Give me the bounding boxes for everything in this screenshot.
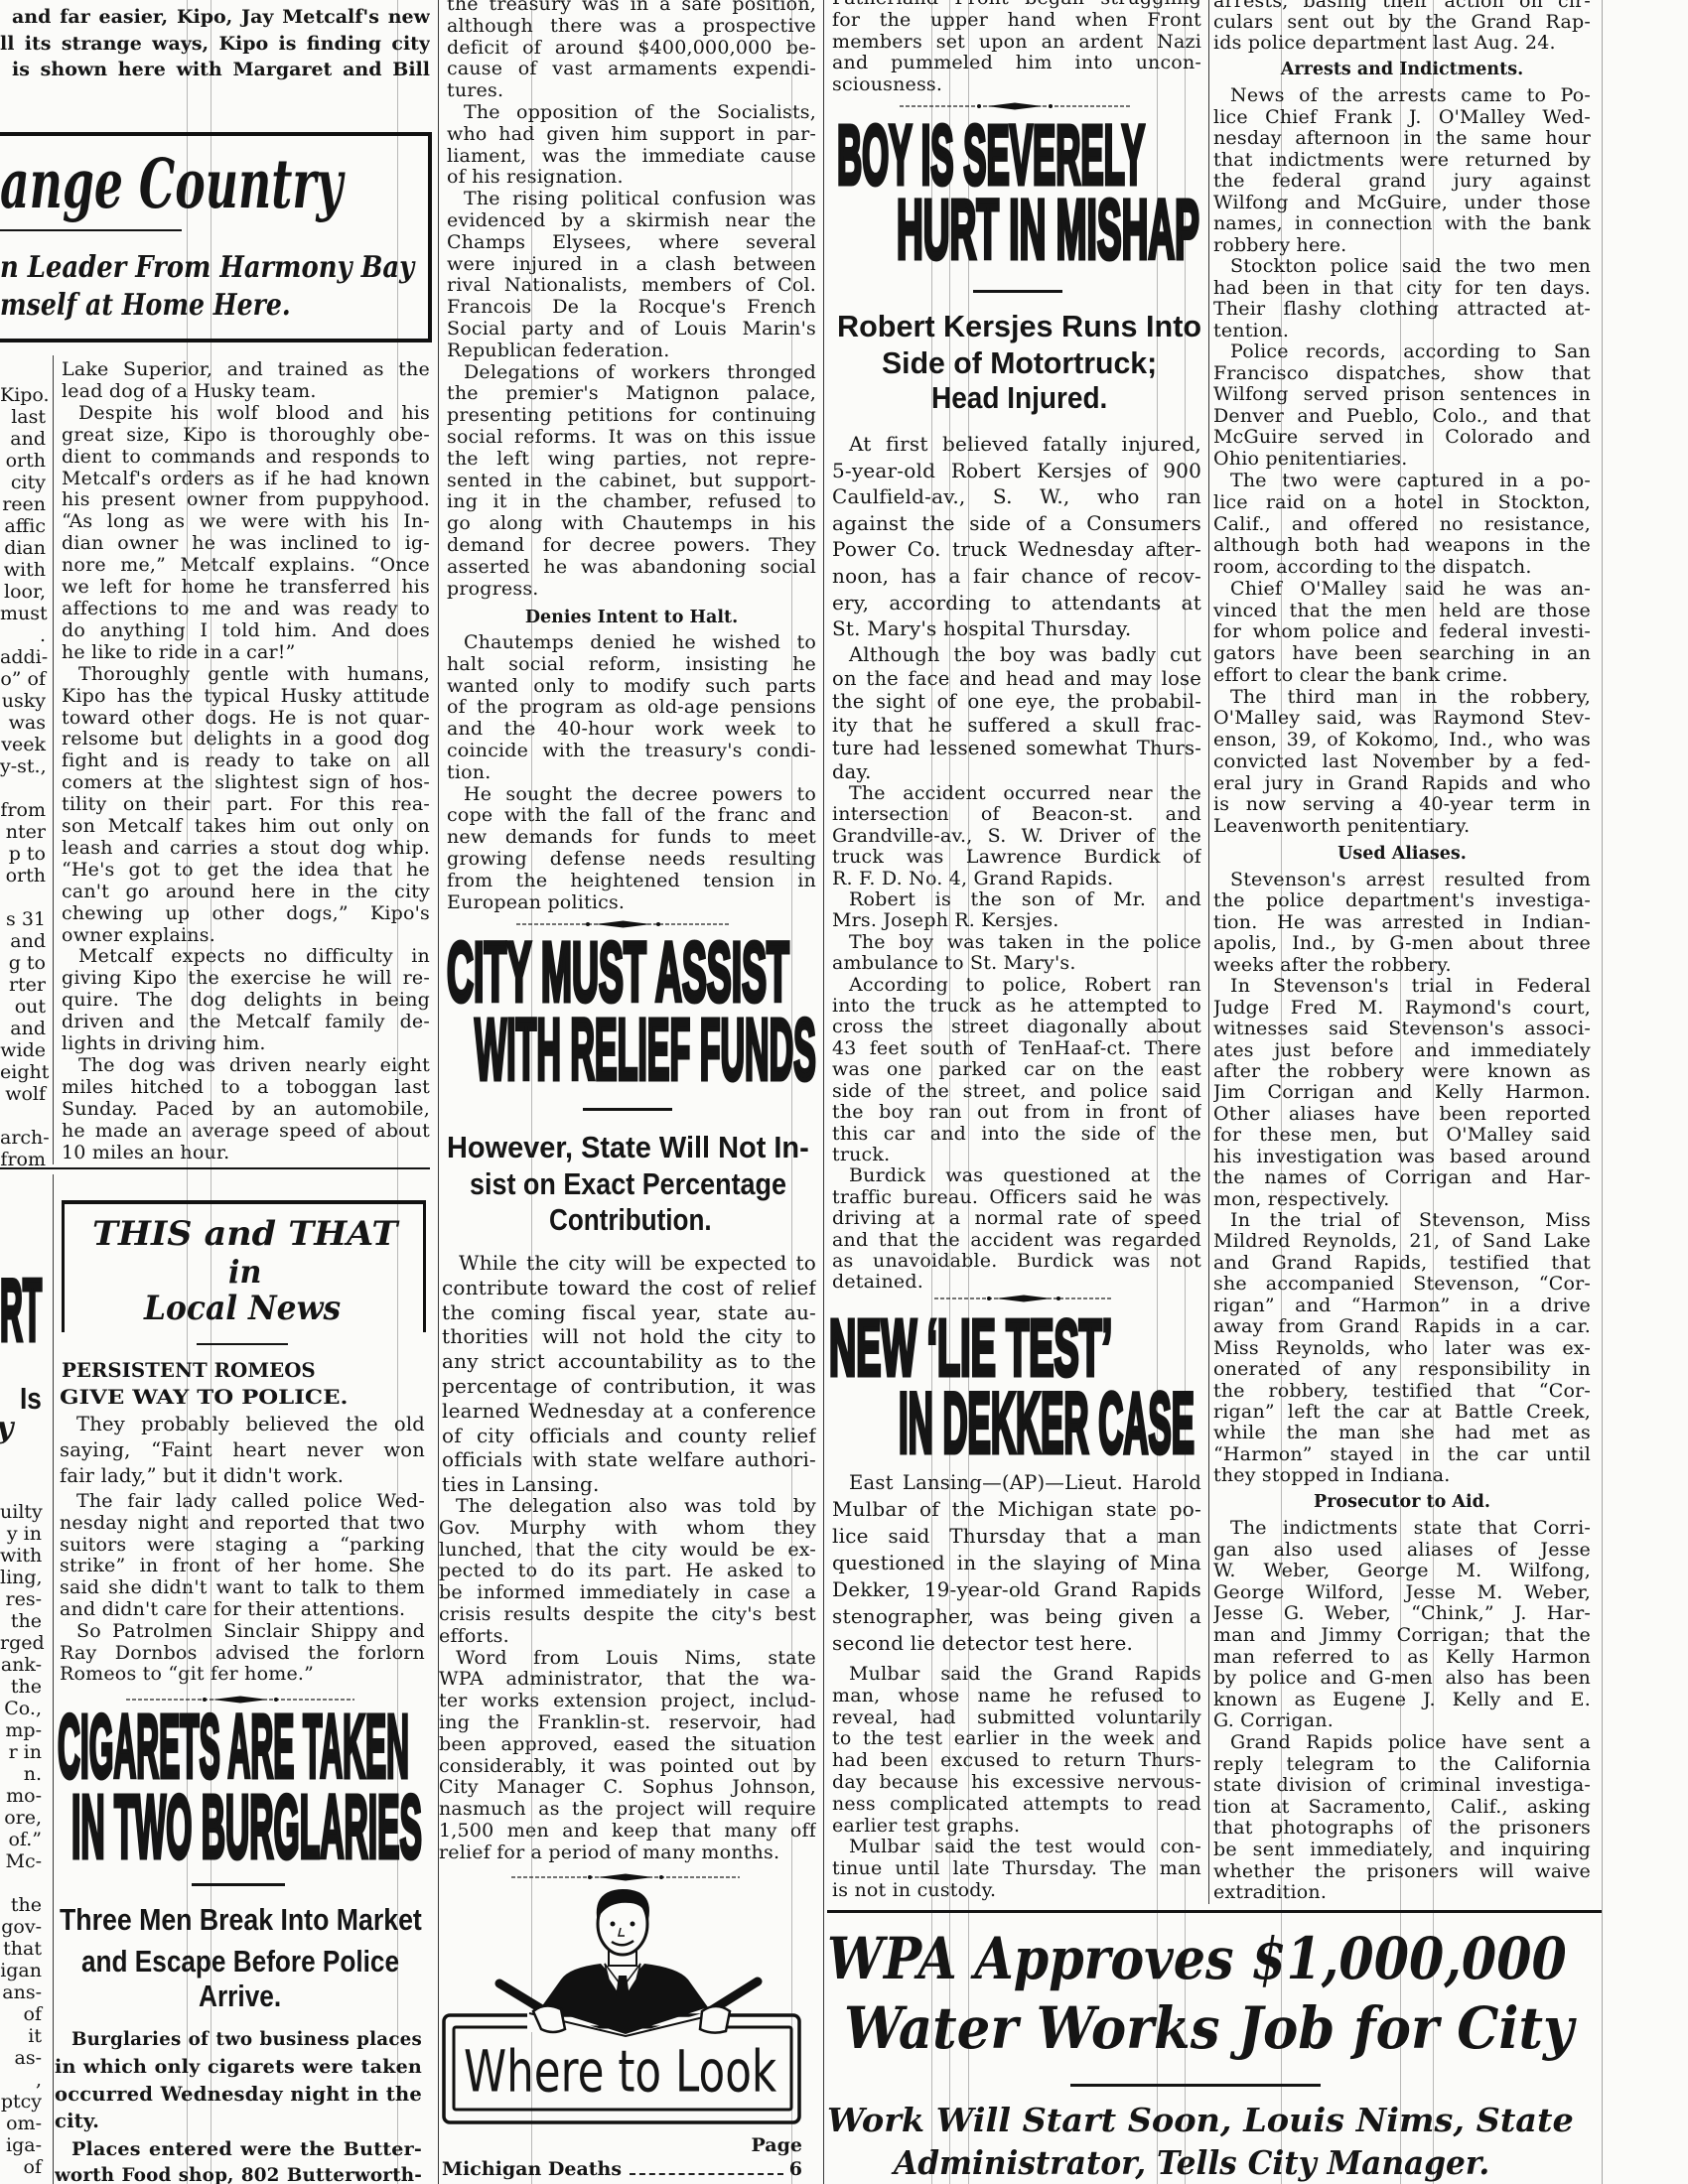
text-line: of city officials and county relief bbox=[442, 1424, 816, 1448]
text-line: Robert is the son of Mr. and bbox=[832, 889, 1201, 910]
deck-line: and Escape Before Police bbox=[81, 1946, 399, 1977]
fragment-line: of.” bbox=[0, 1829, 42, 1850]
text-line: demand for decree powers. They bbox=[447, 535, 816, 557]
text-line: members set upon an ardent Nazi bbox=[832, 32, 1201, 54]
deck-line: Robert Kersjes Runs Into bbox=[837, 311, 1201, 341]
fragment-line: orth bbox=[0, 450, 46, 472]
text-line: we left for home he transferred his bbox=[62, 577, 430, 599]
text-line: side of the street, and police said bbox=[832, 1081, 1201, 1102]
text-line: culars sent out by the Grand Rap- bbox=[1213, 12, 1591, 33]
text-line: Mulbar said the Grand Rapids bbox=[832, 1664, 1201, 1686]
column-rule bbox=[53, 1174, 54, 2184]
text-line: ates just before and immediately bbox=[1213, 1040, 1591, 1061]
caption-line: is shown here with Margaret and Bill bbox=[0, 57, 430, 83]
text-line: do anything I told him. And does bbox=[62, 620, 430, 642]
text-line: of the program as old-age pensions bbox=[447, 697, 816, 719]
deck-line: Work Will Start Soon, Louis Nims, State bbox=[827, 2104, 1574, 2136]
text-line: Other aliases have been reported bbox=[1213, 1104, 1591, 1125]
text-line: he like to ride in a car!” bbox=[62, 642, 430, 664]
fragment-line: uilty bbox=[0, 1501, 42, 1523]
headline-line: WITH RELIEF FUNDS bbox=[475, 1007, 816, 1093]
text-line: and that the accident was regarded bbox=[832, 1230, 1201, 1251]
fragment-column-upper: Kipo.lastandorthcityreenafficdianwithloo… bbox=[0, 384, 46, 1170]
text-line: growing defense needs resulting bbox=[447, 849, 816, 871]
headline-line: WPA Approves $1,000,000 bbox=[827, 1930, 1567, 1987]
fragment-line: of bbox=[0, 2156, 42, 2178]
subheadline-line: n Leader From Harmony Bay bbox=[0, 253, 414, 283]
item-headline: GIVE WAY TO POLICE. bbox=[60, 1387, 348, 1407]
text-line: truck was Lawrence Burdick of bbox=[832, 847, 1201, 868]
text-line: Sunday. Paced by an automobile, bbox=[62, 1099, 430, 1121]
index-entry: Michigan Deaths 6 bbox=[442, 2160, 802, 2179]
fragment-line: g to bbox=[0, 952, 46, 974]
text-line: into the truck as he attempted to bbox=[832, 996, 1201, 1017]
text-line: of his resignation. bbox=[447, 167, 816, 189]
article-body-lead: East Lansing—(AP)—Lieut. HaroldMulbar of… bbox=[832, 1469, 1201, 1657]
text-line: Francois De la Rocque's French bbox=[447, 297, 816, 319]
fragment-line: must bbox=[0, 603, 46, 624]
text-line: the robbery, testified that “Cor- bbox=[1213, 1381, 1591, 1402]
text-line: been approved, eased the situation bbox=[439, 1734, 816, 1756]
text-line: vinced that the men held are those bbox=[1213, 601, 1591, 622]
headline-fragment-medium: Is bbox=[20, 1383, 42, 1414]
text-line: So Patrolmen Sinclair Shippy and bbox=[60, 1621, 425, 1643]
fragment-line: . bbox=[0, 624, 46, 646]
text-line: owner explains. bbox=[62, 925, 430, 947]
article-subhead: Used Aliases. bbox=[1213, 843, 1591, 865]
column-rule bbox=[1602, 0, 1603, 2184]
text-line: sented in the cabinet, but support- bbox=[447, 471, 816, 492]
fragment-line: Co., bbox=[0, 1698, 42, 1719]
text-line: against the side of a Consumers bbox=[832, 510, 1201, 537]
text-line: rival Nationalists, members of Col. bbox=[447, 275, 816, 297]
fragment-line: that bbox=[0, 1938, 42, 1960]
banner-top-rule bbox=[827, 1910, 1602, 1913]
fragment-line: out bbox=[0, 996, 46, 1018]
text-line: occurred Wednesday night in the bbox=[55, 2081, 422, 2108]
fragment-line: Mc- bbox=[0, 1850, 42, 1872]
text-line: Wilfong and McGuire, under those bbox=[1213, 193, 1591, 214]
text-line: the federal grand jury against bbox=[1213, 171, 1591, 193]
fragment-line: rged bbox=[0, 1632, 42, 1654]
fragment-line: p to bbox=[0, 843, 46, 865]
fragment-line: Kipo. bbox=[0, 384, 46, 406]
fragment-line: as- bbox=[0, 2047, 42, 2069]
text-line: and Grand Rapids, testified that bbox=[1213, 1253, 1591, 1274]
text-line: social reforms. It was on this issue bbox=[447, 427, 816, 449]
text-line: day. bbox=[832, 760, 1201, 784]
fragment-line: loor, bbox=[0, 581, 46, 603]
fragment-column-lower: uiltyy inwithling,res-thergedank-theCo.,… bbox=[0, 1501, 42, 2178]
text-line: the sight of one eye, the probabil- bbox=[832, 690, 1201, 714]
fragment-line: om- bbox=[0, 2113, 42, 2134]
headline-rule bbox=[583, 1108, 672, 1111]
text-line: while the man she had met as bbox=[1213, 1423, 1591, 1443]
text-line: reply telegram to the California bbox=[1213, 1754, 1591, 1776]
text-line: traffic bureau. Officers said he was bbox=[832, 1187, 1201, 1208]
fragment-line: it bbox=[0, 2025, 42, 2047]
text-line: ity that he suffered a skull frac- bbox=[832, 714, 1201, 738]
text-line: cross the street diagonally about bbox=[832, 1017, 1201, 1037]
column-rule bbox=[53, 355, 54, 1164]
fragment-line bbox=[0, 887, 46, 908]
text-line: He sought the decree powers to bbox=[447, 784, 816, 806]
text-line: Metcalf expects no difficulty in bbox=[62, 946, 430, 968]
text-line: Dekker, 19-year-old Grand Rapids bbox=[832, 1576, 1201, 1603]
text-line: any strict accountability as to the bbox=[442, 1349, 816, 1374]
text-line: liament, was the immediate cause bbox=[447, 146, 816, 168]
text-line: According to police, Robert ran bbox=[832, 975, 1201, 996]
text-line: R. F. D. No. 4, Grand Rapids. bbox=[832, 869, 1201, 889]
text-line: convicted last November by a fed- bbox=[1213, 751, 1591, 773]
text-line: on the face and head and may lose bbox=[832, 667, 1201, 691]
fragment-line: last bbox=[0, 406, 46, 428]
index-entry-label: Michigan Deaths bbox=[442, 2160, 622, 2179]
text-line: Denver and Pueblo, Colo., and that bbox=[1213, 406, 1591, 428]
deck-line: sist on Exact Percentage bbox=[470, 1168, 786, 1199]
text-line: gan also used aliases of Jesse bbox=[1213, 1540, 1591, 1562]
index-page-header: Page bbox=[442, 2136, 802, 2155]
text-line: he made an average speed of about bbox=[62, 1121, 430, 1143]
text-line: Fatherland Front began struggling bbox=[832, 0, 1201, 10]
text-line: suitors were staging a “parking bbox=[60, 1535, 425, 1557]
text-line: Power Co. truck Wednesday after- bbox=[832, 536, 1201, 563]
text-line: that indictments were returned by bbox=[1213, 150, 1591, 172]
text-line: ness complicated attempts to read bbox=[832, 1794, 1201, 1816]
fragment-line: o” of bbox=[0, 668, 46, 690]
text-line: witnesses said Stevenson's associ- bbox=[1213, 1019, 1591, 1039]
text-line: coincide with the treasury's condi- bbox=[447, 741, 816, 762]
text-line: truck. bbox=[832, 1145, 1201, 1165]
text-line: is now serving a 40-year term in bbox=[1213, 794, 1591, 816]
article-body: The accident occurred near theintersecti… bbox=[832, 783, 1201, 1294]
text-line: relief for a period of many months. bbox=[439, 1843, 816, 1864]
fragment-line: orth bbox=[0, 865, 46, 887]
text-line: 1,500 men and keep that many off bbox=[439, 1821, 816, 1843]
text-line: ing the Franklin-st. reservoir, had bbox=[439, 1712, 816, 1734]
text-line: ter works extension project, includ- bbox=[439, 1691, 816, 1712]
text-line: ambulance to St. Mary's. bbox=[832, 953, 1201, 974]
text-line: tion. bbox=[447, 762, 816, 784]
deck-line: Contribution. bbox=[549, 1204, 712, 1235]
text-line: man referred to as Kelly Harmon bbox=[1213, 1647, 1591, 1669]
text-line: who had given him support in par- bbox=[447, 124, 816, 146]
text-line: relsome but delights in a good dog bbox=[62, 729, 430, 751]
text-line: as unavoidable. Burdick was not bbox=[832, 1251, 1201, 1272]
text-line: The fair lady called police Wed- bbox=[60, 1491, 425, 1513]
fragment-line: nter bbox=[0, 821, 46, 843]
text-line: and the 40-hour work week to bbox=[447, 719, 816, 741]
text-line: East Lansing—(AP)—Lieut. Harold bbox=[832, 1469, 1201, 1496]
text-line: George Wilford, Jesse M. Weber, bbox=[1213, 1582, 1591, 1604]
text-line: gators have been searching in an bbox=[1213, 643, 1591, 665]
text-line: she accompanied Stevenson, “Cor- bbox=[1213, 1274, 1591, 1295]
text-line: 10 miles an hour. bbox=[62, 1143, 430, 1164]
text-line: effort to clear the bank crime. bbox=[1213, 665, 1591, 687]
diamond-rule bbox=[511, 1872, 740, 1882]
text-line: Jesse G. Weber, “Chink,” J. Har- bbox=[1213, 1603, 1591, 1625]
text-line: News of the arrests came to Po- bbox=[1213, 85, 1591, 107]
text-line: onerated of any responsibility in bbox=[1213, 1359, 1591, 1380]
headline-fragment-large: RT bbox=[0, 1267, 42, 1354]
text-line: Wilfong served prison sentences in bbox=[1213, 384, 1591, 406]
text-line: quire. The dog delights in being bbox=[62, 990, 430, 1012]
text-line: Burglaries of two business places bbox=[55, 2026, 422, 2053]
text-line: detained. bbox=[832, 1272, 1201, 1293]
column-rule bbox=[1208, 0, 1209, 1904]
text-line: eral jury in Grand Rapids and who bbox=[1213, 773, 1591, 795]
column-title: Local News bbox=[144, 1292, 341, 1325]
text-line: progress. bbox=[447, 579, 816, 601]
article-subhead: Prosecutor to Aid. bbox=[1213, 1491, 1591, 1513]
text-line: man and Jimmy Corrigan; that the bbox=[1213, 1625, 1591, 1647]
text-line: whether the prisoners will waive bbox=[1213, 1861, 1591, 1883]
text-line: tion at Sacramento, Calif., asking bbox=[1213, 1797, 1591, 1819]
text-line: lead dog of a Husky team. bbox=[62, 381, 430, 403]
fragment-line: affic bbox=[0, 515, 46, 537]
fragment-line: mp- bbox=[0, 1719, 42, 1741]
text-line: City Manager C. Sophus Johnson, bbox=[439, 1777, 816, 1799]
text-line: Gov. Murphy with whom they bbox=[439, 1518, 816, 1540]
text-line: and didn't care for their attentions. bbox=[60, 1599, 425, 1621]
text-line: the treasury was in a safe position, bbox=[447, 0, 816, 16]
headline-rule bbox=[192, 1883, 285, 1886]
text-line: efforts. bbox=[439, 1626, 816, 1648]
text-line: be sent immediately, and inquiring bbox=[1213, 1840, 1591, 1861]
text-line: The opposition of the Socialists, bbox=[447, 102, 816, 124]
article-subhead: Denies Intent to Halt. bbox=[447, 607, 816, 628]
text-line: Caulfield-av., S. W., who ran bbox=[832, 483, 1201, 510]
text-line: the names of Corrigan and Har- bbox=[1213, 1167, 1591, 1188]
text-line: known as Eugene J. Kelly and E. bbox=[1213, 1690, 1591, 1711]
article-body: arrests, basing their action on cir-cula… bbox=[1213, 0, 1591, 54]
text-line: McGuire served in Colorado and bbox=[1213, 427, 1591, 449]
article-body: The two were captured in a po-lice raid … bbox=[1213, 471, 1591, 838]
text-line: Grand Rapids police have sent a bbox=[1213, 1732, 1591, 1754]
fragment-line: and bbox=[0, 428, 46, 450]
deck-line: Three Men Break Into Market bbox=[60, 1904, 422, 1935]
text-line: by police and G-men also has been bbox=[1213, 1668, 1591, 1690]
fragment-line: wolf bbox=[0, 1083, 46, 1105]
article-body: Stevenson's arrest resulted fromthe poli… bbox=[1213, 870, 1591, 1487]
headline-line: IN DEKKER CASE bbox=[899, 1381, 1195, 1466]
fragment-line bbox=[0, 1105, 46, 1127]
text-line: although both had weapons in the bbox=[1213, 535, 1591, 557]
fragment-line: wide bbox=[0, 1039, 46, 1061]
deck-line: Side of Motortruck; bbox=[882, 347, 1157, 378]
text-line: considerably, it was pointed out by bbox=[439, 1756, 816, 1778]
headline-rule bbox=[0, 229, 182, 231]
text-line: In the trial of Stevenson, Miss bbox=[1213, 1210, 1591, 1231]
text-line: rigan” and “Harmon” in a drive bbox=[1213, 1296, 1591, 1316]
subheadline-line: mself at Home Here. bbox=[0, 291, 291, 321]
fragment-line: iga- bbox=[0, 2134, 42, 2156]
text-line: strike” in front of her home. She bbox=[60, 1556, 425, 1577]
text-line: for the upper hand when Front bbox=[832, 10, 1201, 32]
text-line: away from Grand Rapids in a car. bbox=[1213, 1316, 1591, 1337]
fragment-line: with bbox=[0, 559, 46, 581]
text-line: contribute toward the cost of relief bbox=[442, 1276, 816, 1300]
text-line: Kipo has the typical Husky attitude bbox=[62, 686, 430, 708]
text-line: that photographs of the prisoners bbox=[1213, 1818, 1591, 1840]
headline-rule bbox=[973, 290, 1062, 293]
text-line: The accident occurred near the bbox=[832, 783, 1201, 804]
text-line: chewing up other dogs,” Kipo's bbox=[62, 903, 430, 925]
text-line: WPA administrator, that the wa- bbox=[439, 1669, 816, 1691]
photo-caption: and far easier, Kipo, Jay Metcalf's new … bbox=[0, 4, 430, 83]
text-line: had been excused to return Thurs- bbox=[832, 1750, 1201, 1772]
text-line: affections to me and was ready to bbox=[62, 599, 430, 620]
text-line: tility on their part. For this rea- bbox=[62, 794, 430, 816]
text-line: Police records, according to San bbox=[1213, 341, 1591, 363]
text-line: said she didn't want to talk to them bbox=[60, 1577, 425, 1599]
text-line: lice Chief Frank J. O'Malley Wed- bbox=[1213, 107, 1591, 129]
text-line: They probably believed the old bbox=[60, 1412, 425, 1437]
text-line: from the heightened tension in bbox=[447, 871, 816, 892]
text-line: names, in connection with the bank bbox=[1213, 213, 1591, 235]
text-line: great size, Kipo is thoroughly obe- bbox=[62, 425, 430, 447]
text-line: O'Malley said, was Raymond Stev- bbox=[1213, 708, 1591, 730]
text-line: new demands for funds to meet bbox=[447, 827, 816, 849]
headline-fragment-small: y bbox=[0, 1414, 13, 1443]
text-line: was one parked car on the east bbox=[832, 1059, 1201, 1080]
text-line: the boy ran out from in front of bbox=[832, 1102, 1201, 1123]
text-line: driven and the Metcalf family de- bbox=[62, 1012, 430, 1033]
text-line: saying, “Faint heart never won bbox=[60, 1437, 425, 1463]
text-line: Burdick was questioned at the bbox=[832, 1165, 1201, 1186]
text-line: toward other dogs. He is not quar- bbox=[62, 708, 430, 730]
dotted-leader bbox=[630, 2173, 783, 2175]
text-line: dian owner he was inclined to ig- bbox=[62, 533, 430, 555]
article-body: Mulbar said the Grand Rapidsman, whose n… bbox=[832, 1664, 1201, 1902]
fragment-line: ling, bbox=[0, 1567, 42, 1588]
text-line: lights in driving him. bbox=[62, 1033, 430, 1055]
text-line: reveal, had submitted voluntarily bbox=[832, 1707, 1201, 1729]
text-line: Romeos to “git fer home.” bbox=[60, 1664, 425, 1686]
text-line: apolis, Ind., by G-men about three bbox=[1213, 933, 1591, 954]
text-line: extradition. bbox=[1213, 1882, 1591, 1904]
text-line: St. Mary's hospital Thursday. bbox=[832, 615, 1201, 642]
text-line: ties in Lansing. bbox=[442, 1472, 816, 1497]
text-line: be informed immediately in case a bbox=[439, 1582, 816, 1604]
text-line: lunched, that the city would be ex- bbox=[439, 1540, 816, 1562]
column-title: in bbox=[228, 1256, 261, 1288]
text-line: presenting petitions for continuing bbox=[447, 405, 816, 427]
newspaper-page: Kipo.lastandorthcityreenafficdianwithloo… bbox=[0, 0, 1688, 2184]
text-line: Champs Elysees, where several bbox=[447, 232, 816, 254]
text-line: comers at the slightest sign of hos- bbox=[62, 772, 430, 794]
text-line: after the robbery were known as bbox=[1213, 1061, 1591, 1082]
text-line: rigan” left the car at Battle Creek, bbox=[1213, 1402, 1591, 1423]
section-rule bbox=[0, 1167, 430, 1169]
text-line: The indictments state that Corri- bbox=[1213, 1518, 1591, 1540]
text-line: for these men, but O'Malley said bbox=[1213, 1125, 1591, 1146]
fragment-line: ans- bbox=[0, 1981, 42, 2003]
text-line: W. Weber, George M. Wilfong, bbox=[1213, 1561, 1591, 1582]
text-line: fair lady,” but it didn't work. bbox=[60, 1463, 425, 1489]
fragment-line: was bbox=[0, 712, 46, 734]
text-line: city. bbox=[55, 2108, 422, 2134]
text-line: ery, according to attendants at bbox=[832, 590, 1201, 616]
deck-line: Arrive. bbox=[199, 1980, 281, 2011]
deck-line: Head Injured. bbox=[931, 382, 1107, 413]
text-line: sciousness. bbox=[832, 74, 1201, 96]
text-line: “Harmon” stayed in the car until bbox=[1213, 1444, 1591, 1465]
text-line: intersection of Beacon-st. and bbox=[832, 804, 1201, 825]
text-line: the left wing parties, not repre- bbox=[447, 449, 816, 471]
column-rule bbox=[823, 0, 824, 2184]
text-line: robbery here. bbox=[1213, 235, 1591, 257]
fragment-line: addi- bbox=[0, 646, 46, 668]
text-line: Judge Fred M. Raymond's court, bbox=[1213, 998, 1591, 1019]
text-line: Mulbar of the Michigan state po- bbox=[832, 1496, 1201, 1523]
text-line: to the test earlier in the week and bbox=[832, 1728, 1201, 1750]
fragment-line: city bbox=[0, 472, 46, 493]
text-line: noon, has a fair chance of recov- bbox=[832, 563, 1201, 590]
text-line: room, according to the dispatch. bbox=[1213, 557, 1591, 579]
text-line: The third man in the robbery, bbox=[1213, 687, 1591, 709]
fragment-line bbox=[0, 777, 46, 799]
text-line: pected to do its part. He asked to bbox=[439, 1561, 816, 1582]
text-line: The rising political confusion was bbox=[447, 189, 816, 210]
article-body: the treasury was in a safe position,alth… bbox=[447, 0, 816, 600]
text-line: 43 feet south of TenHaaf-ct. There bbox=[832, 1038, 1201, 1059]
text-line: crisis results despite the city's best bbox=[439, 1604, 816, 1626]
text-line: ing it in the chamber, refused to bbox=[447, 491, 816, 513]
caption-line: ll its strange ways, Kipo is finding cit… bbox=[0, 31, 430, 58]
text-line: nesday night and reported that two bbox=[60, 1513, 425, 1535]
text-line: thorities will not hold the city to bbox=[442, 1324, 816, 1349]
fragment-line: y in bbox=[0, 1523, 42, 1545]
text-line: giving Kipo the exercise he will re- bbox=[62, 968, 430, 990]
text-line: stenographer, was being given a bbox=[832, 1603, 1201, 1630]
text-line: The dog was driven nearly eight bbox=[62, 1055, 430, 1077]
fragment-line bbox=[0, 1872, 42, 1894]
text-line: lice said Thursday that a man bbox=[832, 1523, 1201, 1550]
text-line: man, whose name he refused to bbox=[832, 1686, 1201, 1707]
text-line: percentage of contribution, it was bbox=[442, 1374, 816, 1399]
text-line: Ray Dornbos advised the forlorn bbox=[60, 1643, 425, 1665]
fragment-line: y-st., bbox=[0, 755, 46, 777]
text-line: state division of criminal investiga- bbox=[1213, 1775, 1591, 1797]
text-line: Leavenworth penitentiary. bbox=[1213, 816, 1591, 838]
text-line: European politics. bbox=[447, 892, 816, 914]
where-to-look-title: Where to Look bbox=[464, 2043, 776, 2093]
text-line: Ohio penitentiaries. bbox=[1213, 449, 1591, 471]
article-body-lead: While the city will be expected tocontri… bbox=[442, 1251, 816, 1497]
text-line: Francisco dispatches, show that bbox=[1213, 363, 1591, 385]
text-line: his investigation was based around bbox=[1213, 1147, 1591, 1167]
text-line: they stopped in Indiana. bbox=[1213, 1465, 1591, 1486]
text-line: learned Wednesday at a conference bbox=[442, 1399, 816, 1424]
text-line: Calif., and offered no resistance, bbox=[1213, 514, 1591, 536]
column-title: THIS and THAT bbox=[92, 1217, 397, 1251]
text-line: nore me,” Metcalf explains. “Once bbox=[62, 555, 430, 577]
headline-line: HURT IN MISHAP bbox=[897, 188, 1199, 271]
fragment-line: eight bbox=[0, 1061, 46, 1083]
deck-line: Administrator, Tells City Manager. bbox=[894, 2146, 1489, 2179]
article-body: News of the arrests came to Po-lice Chie… bbox=[1213, 85, 1591, 470]
text-line: leash and carries a stout dog whip. bbox=[62, 838, 430, 860]
title-rule bbox=[197, 1343, 288, 1345]
fragment-line: usky bbox=[0, 690, 46, 712]
item-headline: PERSISTENT ROMEOS bbox=[62, 1360, 316, 1380]
fragment-line: , bbox=[0, 2069, 42, 2091]
text-line: Although the boy was badly cut bbox=[832, 643, 1201, 667]
text-line: son Metcalf takes him out only on bbox=[62, 816, 430, 838]
text-line: “As long as we were with his In- bbox=[62, 511, 430, 533]
text-line: The boy was taken in the police bbox=[832, 932, 1201, 953]
